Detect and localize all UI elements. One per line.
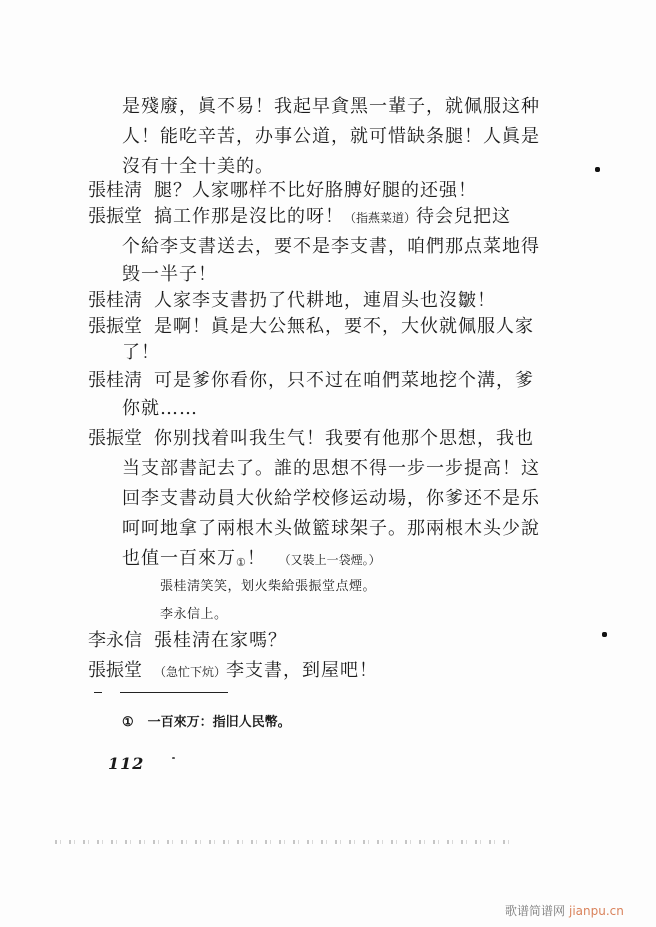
scan-speck [595, 167, 600, 172]
footnote: ①一百來万：指旧人民幣。 [122, 714, 291, 732]
speech-line: 是啊！眞是大公無私，要不，大伙就佩服人家 [154, 316, 534, 338]
speech-line: 你别找着叫我生气！我要有他那个思想，我也 [154, 428, 534, 450]
speaker-name: 張振堂 [88, 660, 142, 682]
speech-line: 你就…… [122, 398, 198, 420]
speech-line: 腿？人家哪样不比好胳膊好腿的还强！ [154, 180, 477, 202]
speaker-name: 張振堂 [88, 316, 142, 338]
speech-text: 待会兒把这 [416, 206, 511, 227]
stage-direction-inline: （又裝上一袋煙。） [279, 553, 381, 567]
speech-line: 回李支書动員大伙給学校修运动場，你爹还不是乐 [122, 488, 540, 510]
speaker-name: 張桂淸 [88, 290, 142, 312]
footnote-mark: ① [122, 714, 134, 732]
speech-line: 可是爹你看你，只不过在咱們菜地挖个溝，爹 [154, 370, 534, 392]
speech-text: ！ [247, 548, 266, 569]
speaker-name: 張桂淸 [88, 370, 142, 392]
speech-text: 搞工作那是沒比的呀！ [154, 206, 344, 227]
speech-line: 了！ [122, 342, 160, 364]
scan-speck [602, 632, 607, 637]
scan-speck [172, 757, 175, 759]
speech-line: （急忙下炕）李支書，到屋吧！ [154, 660, 378, 683]
speech-line: 也值一百來万①！ （又裝上一袋煙。） [122, 548, 381, 574]
speech-text: 李支書，到屋吧！ [226, 660, 378, 681]
stage-direction-inline: （指燕菜道） [344, 211, 416, 225]
text-line: 沒有十全十美的。 [122, 156, 274, 178]
speech-line: 当支部書記去了。誰的思想不得一步一步提高！这 [122, 458, 540, 480]
scan-noise [55, 840, 515, 844]
text-line: 是殘廢，眞不易！我起早貪黑一輩子，就佩服这种 [122, 96, 540, 118]
stage-direction: 張桂淸笑笑，划火柴給張振堂点煙。 [160, 578, 376, 596]
speech-line: 呵呵地拿了兩根木头做籃球架子。那兩根木头少說 [122, 518, 540, 540]
speaker-name: 張振堂 [88, 206, 142, 228]
speech-line: 个給李支書送去，要不是李支書，咱們那点菜地得 [122, 236, 540, 258]
footnote-text: 一百來万：指旧人民幣。 [148, 715, 291, 730]
speech-line: 毁一半子！ [122, 264, 217, 286]
speaker-name: 張桂淸 [88, 180, 142, 202]
stage-direction-inline: （急忙下炕） [154, 665, 226, 679]
speech-line: 人家李支書扔了代耕地，連眉头也沒皺！ [154, 290, 496, 312]
speaker-name: 李永信 [88, 630, 142, 652]
stage-direction: 李永信上。 [160, 606, 228, 624]
watermark-text: 歌谱简谱网 [505, 904, 565, 918]
page-number: 112 [108, 754, 144, 773]
watermark-brand: jianpu.cn [569, 904, 624, 918]
speech-line: 張桂淸在家嗎？ [154, 630, 287, 652]
speaker-name: 張振堂 [88, 428, 142, 450]
book-page: 是殘廢，眞不易！我起早貪黑一輩子，就佩服这种 人！能吃辛苦，办事公道，就可惜缺条… [0, 0, 656, 927]
footnote-reference: ① [236, 556, 247, 569]
text-line: 人！能吃辛苦，办事公道，就可惜缺条腿！人眞是 [122, 126, 540, 148]
watermark: 歌谱简谱网jianpu.cn [505, 902, 624, 919]
speech-line: 搞工作那是沒比的呀！（指燕菜道）待会兒把这 [154, 206, 511, 229]
speech-text: 也值一百來万 [122, 548, 236, 569]
footnote-divider [120, 692, 228, 693]
footnote-dash [94, 692, 102, 693]
